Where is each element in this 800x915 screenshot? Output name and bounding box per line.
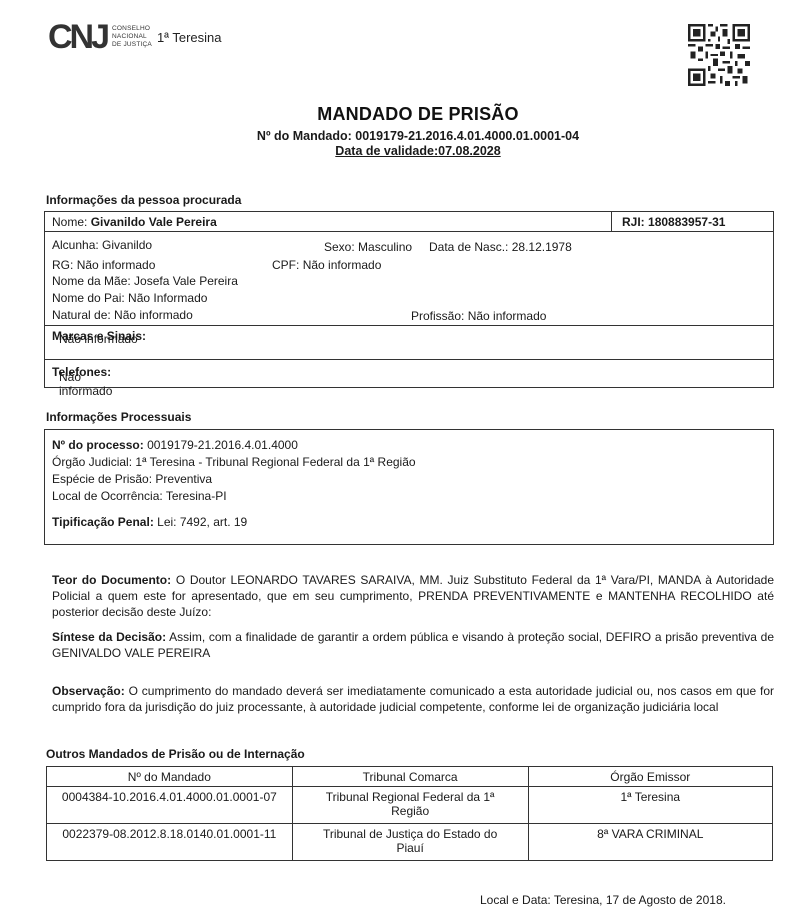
person-mother: Nome da Mãe: Josefa Vale Pereira [52,274,238,288]
sintese-paragraph: Síntese da Decisão: Assim, com a finalid… [52,629,774,661]
process-info-box: Nº do processo: 0019179-21.2016.4.01.400… [44,429,774,545]
cnj-logo: CNJ Conselho Nacional de Justiça 1ª Tere… [48,20,222,54]
person-alias: Alcunha: Givanildo [52,238,152,252]
cell-issuer: 1ª Teresina [528,787,772,824]
person-info-box: Nome: Givanildo Vale Pereira RJI: 180883… [44,211,774,388]
header-court: Tribunal Comarca [292,767,528,787]
person-sex: Sexo: Masculino [324,240,412,254]
warrant-number: Nº do Mandado: 0019179-21.2016.4.01.4000… [36,129,800,143]
header-warrant-number: Nº do Mandado [47,767,293,787]
process-section-title: Informações Processuais [46,410,191,424]
person-phones: Telefones: Não informado [45,360,773,386]
cell-warrant-number: 0004384-10.2016.4.01.4000.01.0001-07 [47,787,293,824]
header-issuer: Órgão Emissor [528,767,772,787]
cell-court: Tribunal de Justiça do Estado do Piauí [292,824,528,861]
cell-issuer: 8ª VARA CRIMINAL [528,824,772,861]
process-place: Local de Ocorrência: Teresina-PI [52,489,227,503]
person-profession: Profissão: Não informado [411,309,546,323]
process-number: Nº do processo: 0019179-21.2016.4.01.400… [52,438,298,452]
person-name: Nome: Givanildo Vale Pereira [52,215,217,229]
cnj-logo-text: Conselho Nacional de Justiça [112,25,152,49]
person-section-title: Informações da pessoa procurada [46,193,241,207]
document-header: MANDADO DE PRISÃO Nº do Mandado: 0019179… [0,104,800,158]
table-row: 0004384-10.2016.4.01.4000.01.0001-07 Tri… [47,787,773,824]
table-row: 0022379-08.2012.8.18.0140.01.0001-11 Tri… [47,824,773,861]
cnj-logo-mark: CNJ [48,20,107,54]
observacao-paragraph: Observação: O cumprimento do mandado dev… [52,683,774,715]
organization-name: 1ª Teresina [157,30,222,45]
person-rji: RJI: 180883957-31 [611,212,774,231]
cell-court: Tribunal Regional Federal da 1ª Região [292,787,528,824]
process-penal-type: Tipificação Penal: Lei: 7492, art. 19 [52,515,247,529]
other-warrants-title: Outros Mandados de Prisão ou de Internaç… [46,747,305,761]
document-title: MANDADO DE PRISÃO [36,104,800,125]
other-warrants-table: Nº do Mandado Tribunal Comarca Órgão Emi… [46,766,773,861]
process-organ: Órgão Judicial: 1ª Teresina - Tribunal R… [52,455,416,469]
table-header-row: Nº do Mandado Tribunal Comarca Órgão Emi… [47,767,773,787]
person-rg: RG: Não informado [52,258,155,272]
person-birth-date: Data de Nasc.: 28.12.1978 [429,240,572,254]
cell-warrant-number: 0022379-08.2012.8.18.0140.01.0001-11 [47,824,293,861]
teor-paragraph: Teor do Documento: O Doutor LEONARDO TAV… [52,572,774,620]
validity-date: Data de validade:07.08.2028 [36,144,800,158]
process-arrest-type: Espécie de Prisão: Preventiva [52,472,212,486]
qr-code-icon [688,24,750,86]
person-marks: Marcas e Sinais: Não informado [45,326,773,360]
person-father: Nome do Pai: Não Informado [52,291,207,305]
person-birthplace: Natural de: Não informado [52,308,193,322]
place-and-date: Local e Data: Teresina, 17 de Agosto de … [480,893,726,907]
person-cpf: CPF: Não informado [272,258,381,272]
